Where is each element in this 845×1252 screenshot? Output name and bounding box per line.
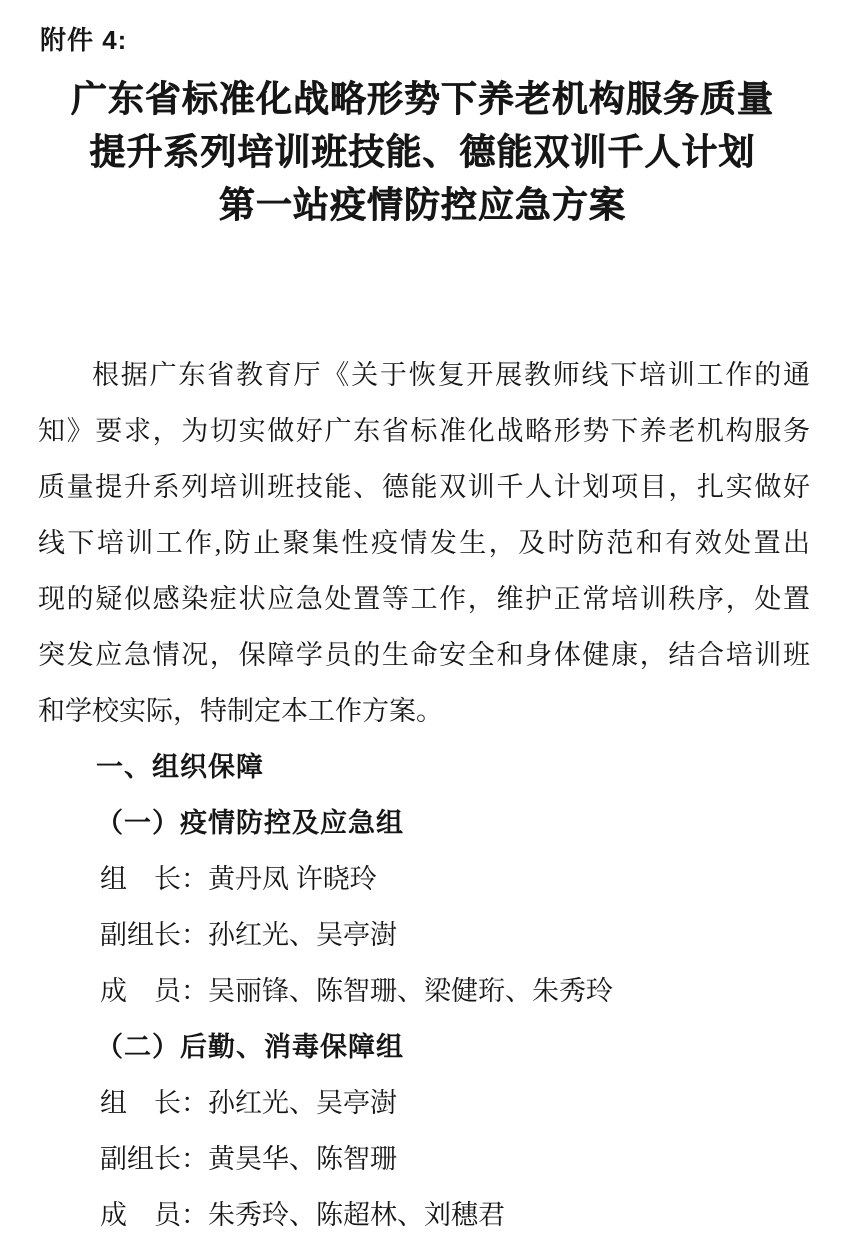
paragraph-line: 和学校实际，特制定本工作方案。 <box>38 683 810 739</box>
group-title-epidemic-prevention: （一）疫情防控及应急组 <box>38 795 810 851</box>
paragraph-line: 现的疑似感染症状应急处置等工作，维护正常培训秩序，处置 <box>38 571 810 627</box>
paragraph-line: 质量提升系列培训班技能、德能双训千人计划项目，扎实做好 <box>38 459 810 515</box>
document-title: 广东省标准化战略形势下养老机构服务质量 提升系列培训班技能、德能双训千人计划 第… <box>20 72 825 231</box>
attachment-label: 附件 4: <box>40 22 845 58</box>
member-line-members: 成 员：朱秀玲、陈超林、刘穗君 <box>38 1187 810 1243</box>
section-heading-organization: 一、组织保障 <box>38 739 810 795</box>
document-title-line-2: 提升系列培训班技能、德能双训千人计划 <box>20 125 825 178</box>
document-title-line-3: 第一站疫情防控应急方案 <box>20 178 825 231</box>
member-line-deputy-leader: 副组长：孙红光、吴亭澍 <box>38 907 810 963</box>
paragraph-line: 知》要求，为切实做好广东省标准化战略形势下养老机构服务 <box>38 403 810 459</box>
member-line-members: 成 员：吴丽锋、陈智珊、梁健珩、朱秀玲 <box>38 963 810 1019</box>
group-title-logistics-disinfection: （二）后勤、消毒保障组 <box>38 1019 810 1075</box>
member-line-leader: 组 长：黄丹凤 许晓玲 <box>38 851 810 907</box>
paragraph-line: 线下培训工作,防止聚集性疫情发生，及时防范和有效处置出 <box>38 515 810 571</box>
document-title-line-1: 广东省标准化战略形势下养老机构服务质量 <box>20 72 825 125</box>
member-line-leader: 组 长：孙红光、吴亭澍 <box>38 1075 810 1131</box>
document-body: 根据广东省教育厅《关于恢复开展教师线下培训工作的通 知》要求，为切实做好广东省标… <box>38 347 810 1243</box>
member-line-deputy-leader: 副组长：黄昊华、陈智珊 <box>38 1131 810 1187</box>
paragraph-line: 突发应急情况，保障学员的生命安全和身体健康，结合培训班 <box>38 627 810 683</box>
document-page: 附件 4: 广东省标准化战略形势下养老机构服务质量 提升系列培训班技能、德能双训… <box>0 0 845 1252</box>
paragraph-line: 根据广东省教育厅《关于恢复开展教师线下培训工作的通 <box>38 347 810 403</box>
